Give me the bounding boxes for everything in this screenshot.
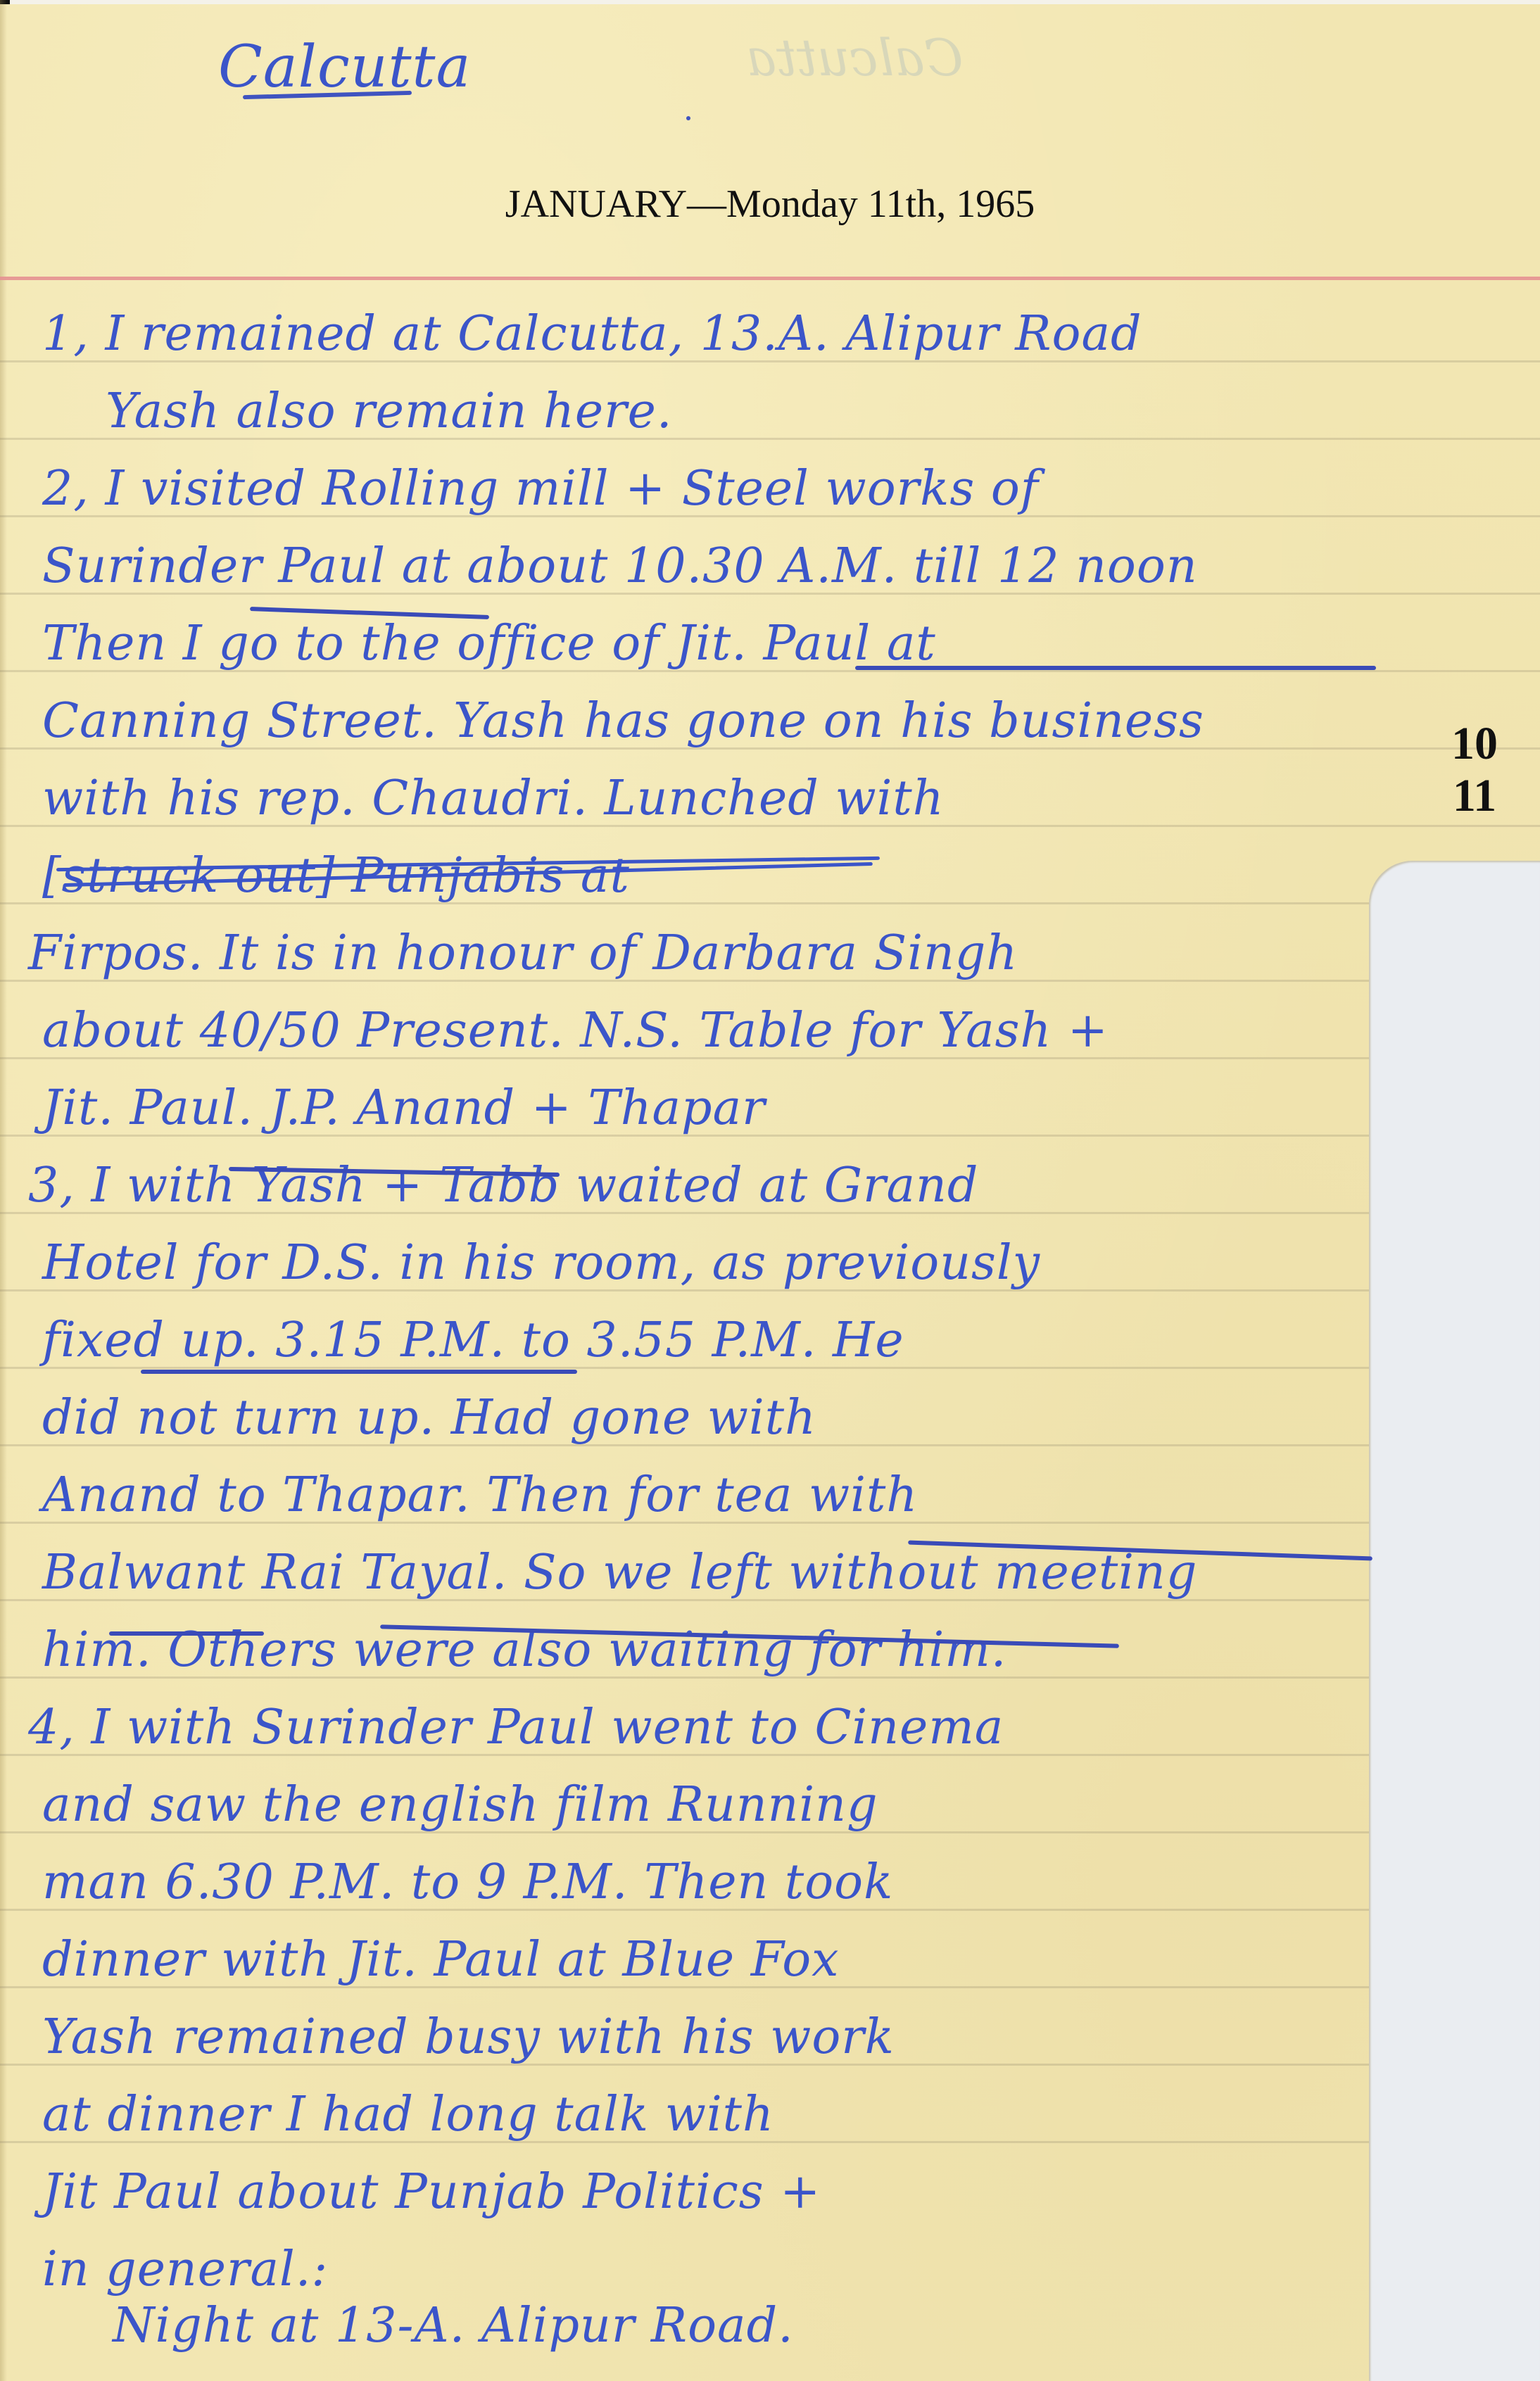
entry-line: Canning Street. Yash has gone on his bus… bbox=[42, 683, 1204, 760]
entry-line: him. Others were also waiting for him. bbox=[42, 1612, 1006, 1689]
entry-line: fixed up. 3.15 P.M. to 3.55 P.M. He bbox=[42, 1302, 904, 1379]
entry-line: with his rep. Chaudri. Lunched with bbox=[42, 760, 945, 838]
entry-line: 3, I with Yash + Tabb waited at Grand bbox=[28, 1147, 978, 1225]
entry-line: 4, I with Surinder Paul went to Cinema bbox=[28, 1689, 1004, 1767]
underline bbox=[141, 1370, 577, 1374]
tab-date-numbers: 10 11 bbox=[1436, 718, 1513, 822]
diary-page: Calcutta Calcutta JANUARY—Monday 11th, 1… bbox=[0, 0, 1540, 2381]
entry-line: Hotel for D.S. in his room, as previousl… bbox=[42, 1225, 1040, 1302]
place-heading: Calcutta bbox=[218, 34, 471, 101]
index-tab-cutout bbox=[1369, 861, 1540, 2381]
bleed-through-heading: Calcutta bbox=[746, 28, 964, 87]
entry-line: Yash also remain here. bbox=[106, 373, 673, 450]
underline bbox=[855, 666, 1376, 670]
ink-dot bbox=[686, 116, 690, 120]
entry-line: man 6.30 P.M. to 9 P.M. Then took bbox=[42, 1844, 893, 1921]
entry-line: did not turn up. Had gone with bbox=[42, 1379, 816, 1457]
tab-date-current: 11 bbox=[1436, 770, 1513, 822]
entry-line: Jit Paul about Punjab Politics + bbox=[42, 2154, 821, 2231]
entry-line: Jit. Paul. J.P. Anand + Thapar bbox=[42, 1070, 766, 1147]
entry-line: Then I go to the office of Jit. Paul at bbox=[42, 605, 936, 683]
red-header-rule bbox=[0, 277, 1540, 280]
entry-line: dinner with Jit. Paul at Blue Fox bbox=[42, 1921, 840, 1999]
entry-line: about 40/50 Present. N.S. Table for Yash… bbox=[42, 992, 1109, 1070]
entry-line: Anand to Thapar. Then for tea with bbox=[42, 1457, 918, 1534]
page-binding-edge bbox=[0, 0, 7, 2381]
entry-line: and saw the english film Running bbox=[42, 1767, 878, 1844]
entry-line: at dinner I had long talk with bbox=[42, 2076, 774, 2154]
underline bbox=[109, 1631, 264, 1636]
entry-line: Yash remained busy with his work bbox=[42, 1999, 895, 2076]
entry-line: 2, I visited Rolling mill + Steel works … bbox=[42, 450, 1039, 528]
entry-line: Firpos. It is in honour of Darbara Singh bbox=[28, 915, 1018, 992]
entry-line-closing: Night at 13-A. Alipur Road. bbox=[113, 2287, 794, 2365]
printed-date-header: JANUARY—Monday 11th, 1965 bbox=[0, 182, 1540, 227]
tab-date-prev: 10 bbox=[1436, 718, 1513, 770]
scan-top-edge bbox=[0, 0, 1540, 4]
entry-line: Surinder Paul at about 10.30 A.M. till 1… bbox=[42, 528, 1198, 605]
entry-line: 1, I remained at Calcutta, 13.A. Alipur … bbox=[42, 296, 1142, 373]
